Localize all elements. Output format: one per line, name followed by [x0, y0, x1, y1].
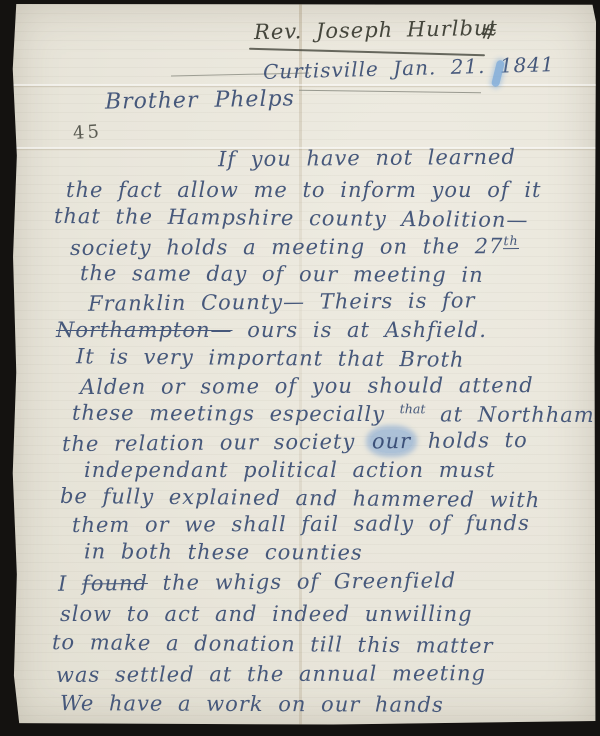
margin-number-pencil: 45: [72, 121, 102, 144]
letter-line-segment: them or we shall fail sadly of funds: [72, 511, 530, 537]
letter-line-segment: the fact allow me to inform you of it: [66, 178, 542, 202]
letter-line: them or we shall fail sadly of funds: [72, 511, 530, 537]
letter-line-segment: that: [400, 402, 426, 417]
letter-line-segment: ours is at Ashfield.: [233, 318, 487, 342]
letter-line: It is very important that Broth: [76, 344, 465, 371]
letter-line-segment: We have a work on our hands: [60, 691, 444, 717]
letter-line: If you have not learned: [218, 145, 516, 172]
letter-line: the relation our society our holds to: [62, 428, 528, 456]
letter-line: the fact allow me to inform you of it: [66, 178, 542, 202]
letter-line: I found the whigs of Greenfield: [58, 568, 456, 595]
letter-line-segment: Franklin County— Theirs is for: [88, 288, 476, 315]
scan-background: { "document_type": "scanned handwritten …: [0, 0, 600, 736]
letter-line: be fully explained and hammered with: [60, 484, 540, 512]
dateline-underline: [299, 90, 481, 94]
letter-line: these meetings especially that at Northh…: [72, 401, 600, 428]
letter-line: Northampton— ours is at Ashfield.: [56, 318, 487, 342]
letter-line: the same day of our meeting in: [80, 261, 484, 287]
letter-line-segment: holds to: [413, 428, 528, 453]
letter-line: independant political action must: [84, 458, 495, 482]
letter-line-segment: our: [370, 429, 413, 453]
letter-line: that the Hampshire county Abolition—: [54, 204, 529, 232]
letter-line-segment: found: [82, 571, 148, 596]
letter-line-segment: be fully explained and hammered with: [60, 484, 540, 512]
letter-line-segment: th: [503, 233, 518, 249]
letter-line-segment: Northampton—: [56, 318, 233, 342]
letter-line: Franklin County— Theirs is for: [88, 288, 476, 315]
letter-line: We have a work on our hands: [60, 691, 444, 717]
letter-line-segment: the whigs of Greenfield: [148, 568, 456, 595]
horizontal-fold-crease-top: [11, 84, 596, 86]
letter-line-segment: at Northhampton: [425, 402, 600, 427]
letter-line-segment: I: [58, 572, 82, 596]
dateline: Curtisville Jan. 21. 1841: [263, 52, 555, 84]
letter-line-segment: It is very important that Broth: [76, 344, 465, 371]
letter-line-segment: the relation our society: [62, 429, 370, 456]
letter-line-segment: to make a donation till this matter: [52, 630, 494, 658]
letter-line-segment: slow to act and indeed unwilling: [60, 602, 473, 626]
docket-hash-mark: #: [478, 19, 498, 45]
letter-line: to make a donation till this matter: [52, 630, 494, 658]
letter-line-segment: the same day of our meeting in: [80, 261, 484, 287]
letter-line-segment: independant political action must: [84, 458, 495, 482]
letter-line: in both these counties: [84, 539, 363, 564]
letter-line-segment: in both these counties: [84, 539, 363, 564]
salutation: Brother Phelps: [105, 86, 295, 114]
letter-line-segment: was settled at the annual meeting: [56, 661, 486, 687]
letter-line-segment: that the Hampshire county Abolition—: [54, 204, 529, 232]
letter-line-segment: these meetings especially: [72, 401, 400, 426]
letter-line: society holds a meeting on the 27th: [70, 233, 519, 260]
letter-line-segment: society holds a meeting on the 27: [70, 234, 504, 260]
docket-name: Rev. Joseph Hurlbut: [254, 16, 498, 44]
letter-line: was settled at the annual meeting: [56, 661, 486, 687]
letter-line: Alden or some of you should attend: [80, 373, 534, 399]
letter-line-segment: Alden or some of you should attend: [80, 373, 534, 399]
letter-line-segment: If you have not learned: [218, 145, 516, 172]
letter-line: slow to act and indeed unwilling: [60, 602, 473, 626]
letter-paper: Rev. Joseph Hurlbut # Curtisville Jan. 2…: [11, 4, 596, 726]
